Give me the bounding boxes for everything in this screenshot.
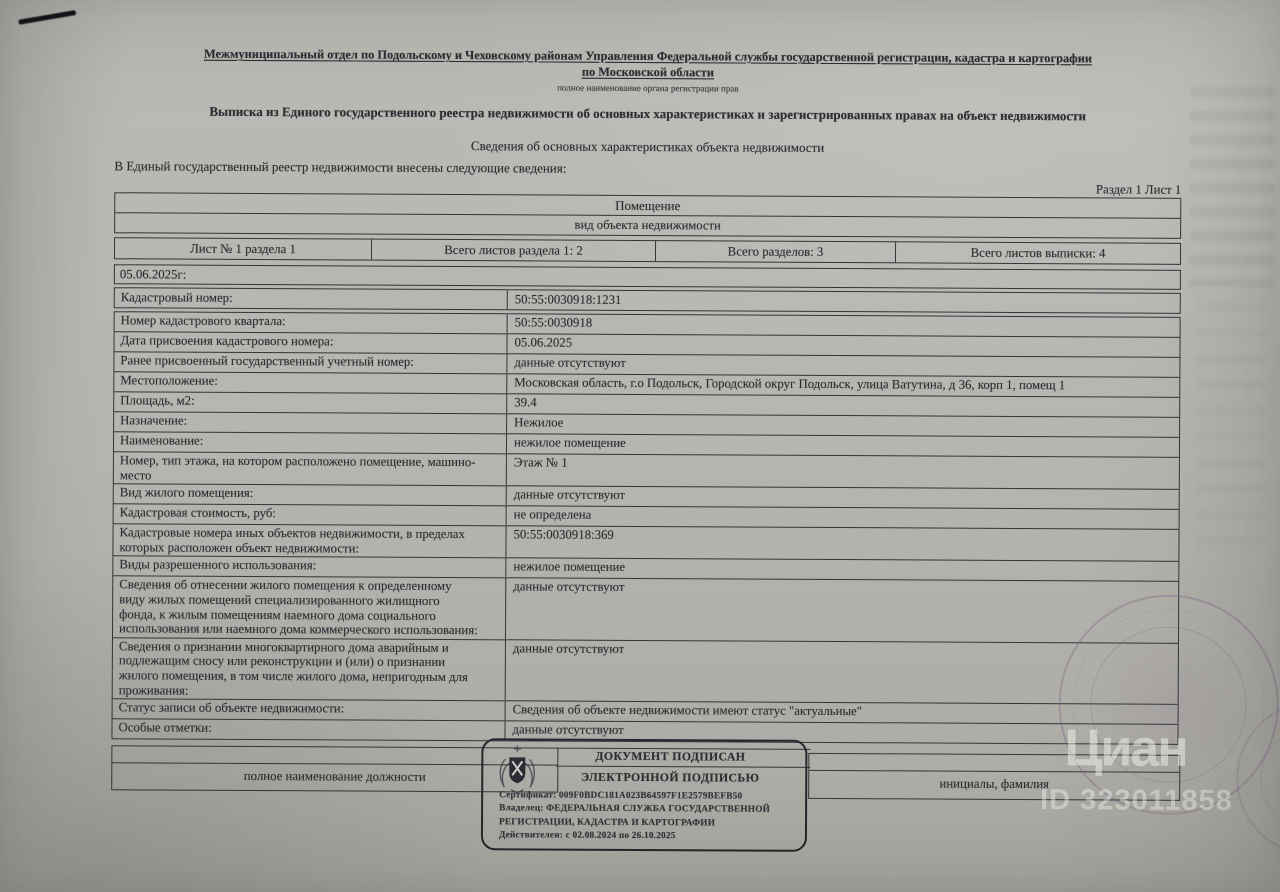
row-label: Вид жилого помещения: (114, 484, 507, 505)
org-name-line1: Межмуниципальный отдел по Подольскому и … (204, 47, 1092, 66)
round-seal-partial (1236, 701, 1280, 856)
table-row: Номер, тип этажа, на котором расположено… (114, 451, 1179, 489)
watermark-cian-logo: Циан (1064, 718, 1187, 779)
row-label: Сведения о признании многоквартирного до… (113, 638, 506, 700)
row-label: Номер кадастрового квартала: (115, 312, 508, 333)
sheet-info-cell-1: Лист № 1 раздела 1 (115, 238, 371, 259)
row-value: 50:55:0030918:1231 (508, 290, 1180, 312)
table-row: Сведения об отнесении жилого помещения к… (113, 576, 1178, 643)
row-value: 50:55:0030918:369 (506, 526, 1178, 561)
row-label: Особые отметки: (112, 719, 505, 740)
org-caption: полное наименование органа регистрации п… (109, 80, 1187, 96)
row-value: 39.4 (507, 394, 1179, 417)
stamp-title-line2: ЭЛЕКТРОННОЙ ПОДПИСЬЮ (545, 770, 795, 786)
table-row: Кадастровые номера иных объектов недвижи… (113, 523, 1178, 561)
stamp-details: Сертификат: 009F0BDC181A023B64597F1E2579… (499, 789, 770, 844)
row-label: Статус записи об объекте недвижимости: (113, 699, 506, 720)
stamp-validity: Действителен: с 02.08.2024 по 26.10.2025 (499, 829, 770, 844)
scanned-document-page: Межмуниципальный отдел по Подольскому и … (0, 0, 1280, 892)
row-value: данные отсутствуют (507, 486, 1179, 509)
row-value: Этаж № 1 (507, 454, 1179, 489)
org-name: Межмуниципальный отдел по Подольскому и … (109, 45, 1187, 83)
document-title: Выписка из Единого государственного реес… (109, 103, 1187, 125)
intro-line: В Единый государственный реестр недвижим… (114, 158, 566, 176)
row-label: Назначение: (114, 412, 507, 433)
corner-pen-mark (18, 10, 76, 25)
sheet-info-cell-3: Всего разделов: 3 (655, 241, 895, 262)
row-value: данные отсутствуют (506, 640, 1178, 704)
stamp-owner-line2: РЕГИСТРАЦИИ, КАДАСТРА И КАРТОГРАФИИ (499, 816, 770, 831)
watermark-listing-id: ID 323011858 (1040, 784, 1233, 818)
signature-stamp-box: ДОКУМЕНТ ПОДПИСАН ЭЛЕКТРОННОЙ ПОДПИСЬЮ С… (481, 738, 808, 852)
date-row: 05.06.2025г: (114, 264, 1181, 290)
document-subtitle: Сведения об основных характеристиках объ… (109, 136, 1187, 158)
cadastral-number-row: Кадастровый номер: 50:55:0030918:1231 (114, 287, 1181, 313)
stamp-title-line1: ДОКУМЕНТ ПОДПИСАН (545, 749, 795, 765)
row-value: 50:55:0030918 (508, 314, 1180, 337)
row-value: 05.06.2025 (507, 334, 1179, 357)
row-label: Наименование: (114, 432, 507, 453)
document-content: Межмуниципальный отдел по Подольскому и … (0, 0, 1280, 892)
org-name-line2: по Московской области (582, 65, 714, 80)
row-label: Сведения об отнесении жилого помещения к… (113, 577, 506, 639)
main-attributes-table: Номер кадастрового квартала: 50:55:00309… (111, 311, 1180, 745)
bleed-through-ghosts (1195, 303, 1266, 563)
row-value: Нежилое (507, 414, 1179, 437)
row-label: Кадастровые номера иных объектов недвижи… (113, 524, 506, 557)
row-value: нежилое помещение (507, 434, 1179, 457)
object-type-table: Помещение вид объекта недвижимости (114, 192, 1181, 239)
row-label: Дата присвоения кадастрового номера: (114, 332, 507, 353)
row-label: Виды разрешенного использования: (113, 557, 506, 578)
sheet-info-row: Лист № 1 раздела 1 Всего листов раздела … (114, 237, 1181, 265)
row-value: Московская область, г.о Подольск, Городс… (507, 374, 1179, 397)
row-value: нежилое помещение (506, 559, 1178, 582)
row-value: данные отсутствуют (507, 354, 1179, 377)
row-label: Кадастровая стоимость, руб: (114, 504, 507, 525)
table-row: Сведения о признании многоквартирного до… (113, 637, 1178, 704)
row-label: Площадь, м2: (114, 392, 507, 413)
row-label: Кадастровый номер: (115, 288, 508, 309)
bleed-through-ghosts (1189, 87, 1276, 287)
row-label: Местоположение: (114, 372, 507, 393)
sheet-info-cell-4: Всего листов выписки: 4 (895, 242, 1180, 263)
row-value: не определена (507, 506, 1179, 529)
row-value: данные отсутствуют (506, 579, 1178, 643)
object-type-caption: вид объекта недвижимости (115, 212, 1180, 238)
row-label: Ранее присвоенный государственный учетны… (114, 352, 507, 373)
stamp-owner-line1: Владелец: ФЕДЕРАЛЬНАЯ СЛУЖБА ГОСУДАРСТВЕ… (499, 803, 770, 818)
stamp-certificate: Сертификат: 009F0BDC181A023B64597F1E2579… (499, 789, 770, 804)
sheet-info-cell-2: Всего листов раздела 1: 2 (371, 240, 655, 261)
row-label: Номер, тип этажа, на котором расположено… (114, 452, 507, 485)
